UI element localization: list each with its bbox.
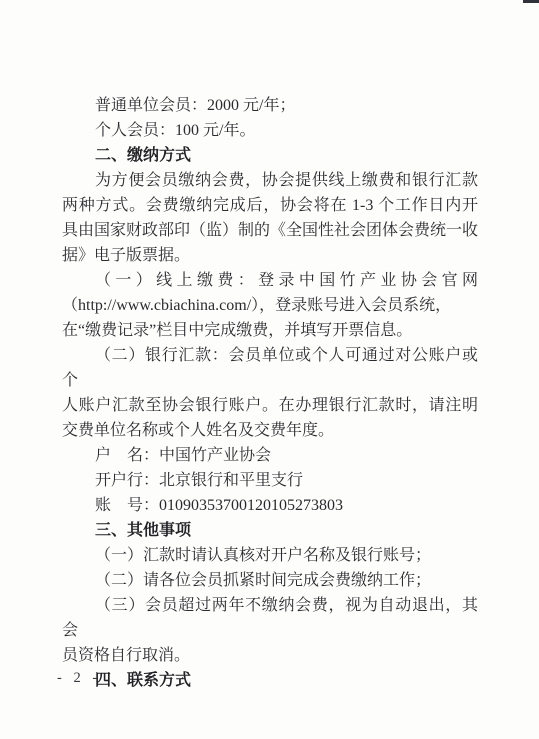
section-3-heading: 三、其他事项 xyxy=(62,518,478,543)
payment-intro-line-2: 两种方式。会费缴纳完成后，协会将在 1-3 个工作日内开 xyxy=(62,193,478,218)
bank-branch-line: 开户行：北京银行和平里支行 xyxy=(62,468,478,493)
account-number-line: 账 号：01090353700120105273803 xyxy=(62,493,478,518)
section-2-heading: 二、缴纳方式 xyxy=(62,143,478,168)
fee-line-individual-member: 个人会员：100 元/年。 xyxy=(62,118,478,143)
note-line-2: （二）请各位会员抓紧时间完成会费缴纳工作； xyxy=(62,568,478,593)
scan-artifact-bar xyxy=(523,0,539,3)
online-payment-line-3: 在“缴费记录”栏目中完成缴费，并填写开票信息。 xyxy=(62,318,478,343)
scanned-page: 普通单位会员：2000 元/年； 个人会员：100 元/年。 二、缴纳方式 为方… xyxy=(0,0,539,739)
account-name-line: 户 名：中国竹产业协会 xyxy=(62,443,478,468)
online-payment-url-line: （http://www.cbiachina.com/），登录账号进入会员系统， xyxy=(62,293,478,318)
document-body: 普通单位会员：2000 元/年； 个人会员：100 元/年。 二、缴纳方式 为方… xyxy=(62,93,478,693)
page-number: - 2 - xyxy=(57,670,101,687)
note-line-3-continued: 员资格自行取消。 xyxy=(62,643,478,668)
bank-transfer-line-1: （二）银行汇款：会员单位或个人可通过对公账户或个 xyxy=(62,343,478,393)
fee-line-unit-member: 普通单位会员：2000 元/年； xyxy=(62,93,478,118)
note-line-3: （三）会员超过两年不缴纳会费，视为自动退出，其会 xyxy=(62,593,478,643)
section-4-heading: 四、联系方式 xyxy=(62,668,478,693)
bank-transfer-line-3: 交费单位名称或个人姓名及交费年度。 xyxy=(62,418,478,443)
payment-intro-line-1: 为方便会员缴纳会费，协会提供线上缴费和银行汇款 xyxy=(62,168,478,193)
payment-intro-line-3: 具由国家财政部印（监）制的《全国性社会团体会费统一收 xyxy=(62,218,478,243)
bank-transfer-line-2: 人账户汇款至协会银行账户。在办理银行汇款时，请注明 xyxy=(62,393,478,418)
payment-intro-line-4: 据》电子版票据。 xyxy=(62,243,478,268)
note-line-1: （一）汇款时请认真核对开户名称及银行账号； xyxy=(62,543,478,568)
online-payment-line-1: （一）线上缴费：登录中国竹产业协会官网 xyxy=(62,268,478,293)
